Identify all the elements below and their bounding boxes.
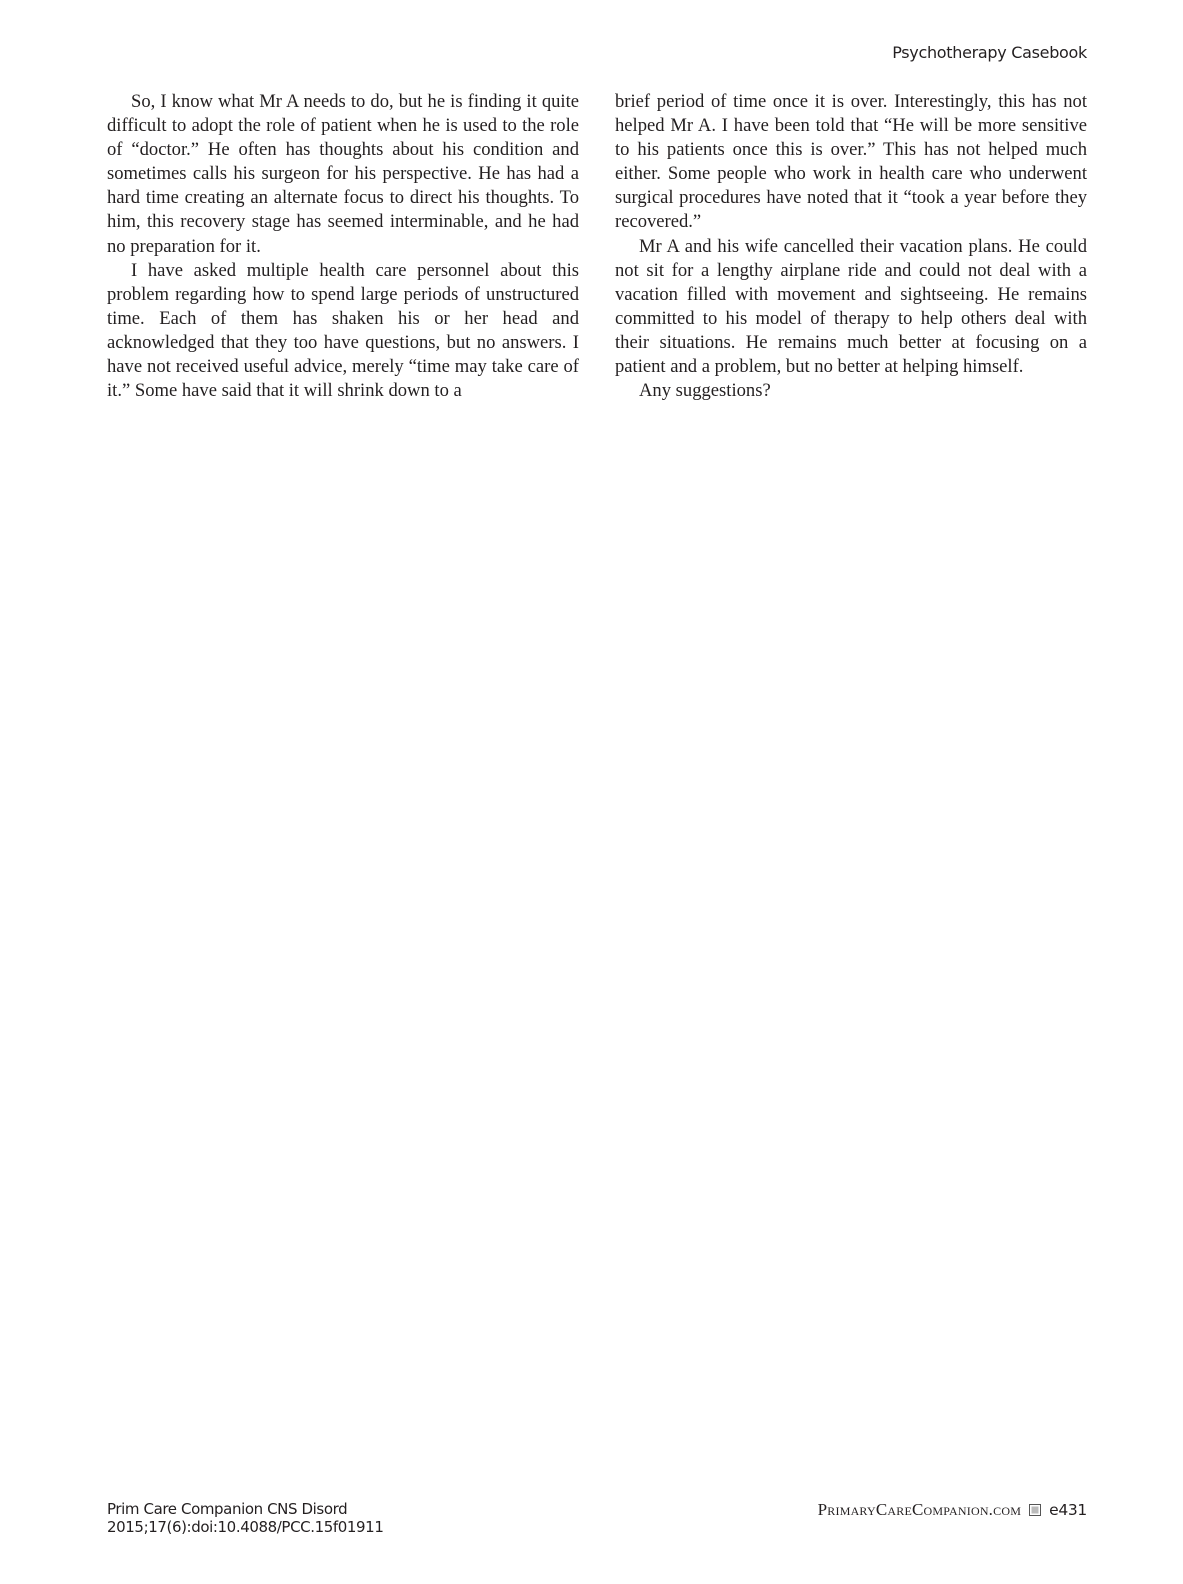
running-head: Psychotherapy Casebook [892, 43, 1087, 62]
paragraph: I have asked multiple health care person… [107, 259, 579, 404]
left-column: So, I know what Mr A needs to do, but he… [107, 90, 579, 403]
page-number: e431 [1049, 1501, 1087, 1519]
journal-name: Prim Care Companion CNS Disord [107, 1500, 383, 1518]
paragraph-continued: brief period of time once it is over. In… [615, 90, 1087, 235]
paragraph: Mr A and his wife cancelled their vacati… [615, 235, 1087, 380]
footer-right: PrimaryCareCompanion.com e431 [818, 1500, 1087, 1520]
paragraph: Any suggestions? [615, 379, 1087, 403]
right-column: brief period of time once it is over. In… [615, 90, 1087, 403]
website-link[interactable]: PrimaryCareCompanion.com [818, 1500, 1021, 1520]
doi-citation: 2015;17(6):doi:10.4088/PCC.15f01911 [107, 1518, 383, 1536]
footer-citation: Prim Care Companion CNS Disord 2015;17(6… [107, 1500, 383, 1536]
square-bullet-icon [1029, 1504, 1041, 1516]
article-body: So, I know what Mr A needs to do, but he… [107, 90, 1087, 403]
paragraph: So, I know what Mr A needs to do, but he… [107, 90, 579, 259]
